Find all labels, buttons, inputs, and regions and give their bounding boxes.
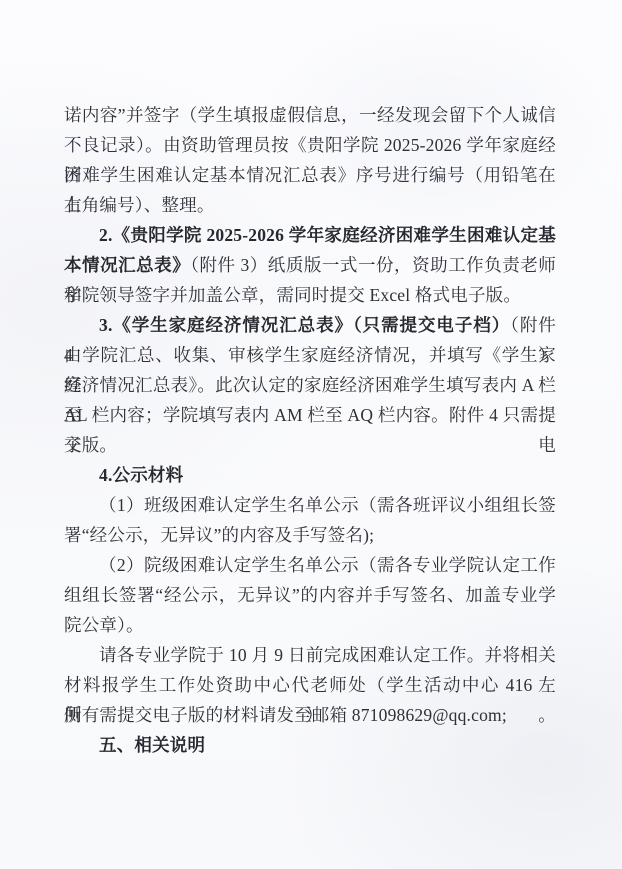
text-line: 经济情况汇总表》。此次认定的家庭经济困难学生填写表内 A 栏至 [64, 370, 556, 400]
bold-text-segment: 4.公示材料 [99, 465, 183, 485]
text-line: 不良记录）。由资助管理员按《贵阳学院 2025-2026 学年家庭经济 [64, 130, 556, 160]
text-segment: 署“经公示，无异议”的内容及手写签名); [64, 525, 374, 545]
text-line: 请各专业学院于 10 月 9 日前完成困难认定工作。并将相关 [64, 640, 556, 670]
bold-text-segment: 五、相关说明 [99, 735, 205, 755]
bold-text-segment: 3.《学生家庭经济情况汇总表》（只需提交电子档） [99, 315, 510, 335]
text-segment: 上角编号）、整理。 [64, 195, 215, 215]
text-line: 学院领导签字并加盖公章，需同时提交 Excel 格式电子版。 [64, 280, 556, 310]
text-line: 材料报学生工作处资助中心代老师处（学生活动中心 416 左侧）。 [64, 670, 556, 700]
text-line: 院公章）。 [64, 610, 556, 640]
text-line: 诺内容”并签字（学生填报虚假信息，一经发现会留下个人诚信 [64, 100, 556, 130]
text-line: 上角编号）、整理。 [64, 190, 556, 220]
text-line: 2.《贵阳学院 2025-2026 学年家庭经济困难学生困难认定基 [64, 220, 556, 250]
scanned-page: 诺内容”并签字（学生填报虚假信息，一经发现会留下个人诚信不良记录）。由资助管理员… [0, 0, 622, 869]
text-line: 署“经公示，无异议”的内容及手写签名); [64, 520, 556, 550]
text-segment: 子版。 [64, 435, 117, 455]
text-segment: 诺内容”并签字（学生填报虚假信息，一经发现会留下个人诚信 [64, 105, 556, 125]
text-segment: 请各专业学院于 10 月 9 日前完成困难认定工作。并将相关 [99, 645, 556, 665]
text-line: （2）院级困难认定学生名单公示（需各专业学院认定工作 [64, 550, 556, 580]
text-line: AL 栏内容；学院填写表内 AM 栏至 AQ 栏内容。附件 4 只需提交电 [64, 400, 556, 430]
text-segment: 院公章）。 [64, 615, 144, 635]
text-line: 困难学生困难认定基本情况汇总表》序号进行编号（用铅笔在右 [64, 160, 556, 190]
text-line: 4.公示材料 [64, 460, 556, 490]
text-line: 本情况汇总表》（附件 3）纸质版一式一份，资助工作负责老师和 [64, 250, 556, 280]
bold-text-segment: 本情况汇总表》 [64, 255, 190, 275]
text-line: 所有需提交电子版的材料请发至邮箱 871098629@qq.com; [64, 700, 556, 730]
text-line: （1）班级困难认定学生名单公示（需各班评议小组组长签 [64, 490, 556, 520]
text-line: 3.《学生家庭经济情况汇总表》（只需提交电子档）（附件 4） [64, 310, 556, 340]
text-line: 五、相关说明 [64, 730, 556, 760]
text-segment: 学院领导签字并加盖公章，需同时提交 Excel 格式电子版。 [64, 285, 521, 305]
text-line: 组组长签署“经公示，无异议”的内容并手写签名、加盖专业学 [64, 580, 556, 610]
text-segment: （2）院级困难认定学生名单公示（需各专业学院认定工作 [99, 555, 556, 575]
text-segment: AL 栏内容；学院填写表内 AM 栏至 AQ 栏内容。附件 4 只需提交电 [64, 405, 556, 455]
text-line: 由学院汇总、收集、审核学生家庭经济情况，并填写《学生家庭 [64, 340, 556, 370]
document-body: 诺内容”并签字（学生填报虚假信息，一经发现会留下个人诚信不良记录）。由资助管理员… [64, 100, 556, 760]
bold-text-segment: 2.《贵阳学院 2025-2026 学年家庭经济困难学生困难认定基 [99, 225, 556, 245]
text-segment: 组组长签署“经公示，无异议”的内容并手写签名、加盖专业学 [64, 585, 556, 605]
text-segment: 所有需提交电子版的材料请发至邮箱 871098629@qq.com; [64, 705, 507, 725]
text-segment: （1）班级困难认定学生名单公示（需各班评议小组组长签 [99, 495, 556, 515]
